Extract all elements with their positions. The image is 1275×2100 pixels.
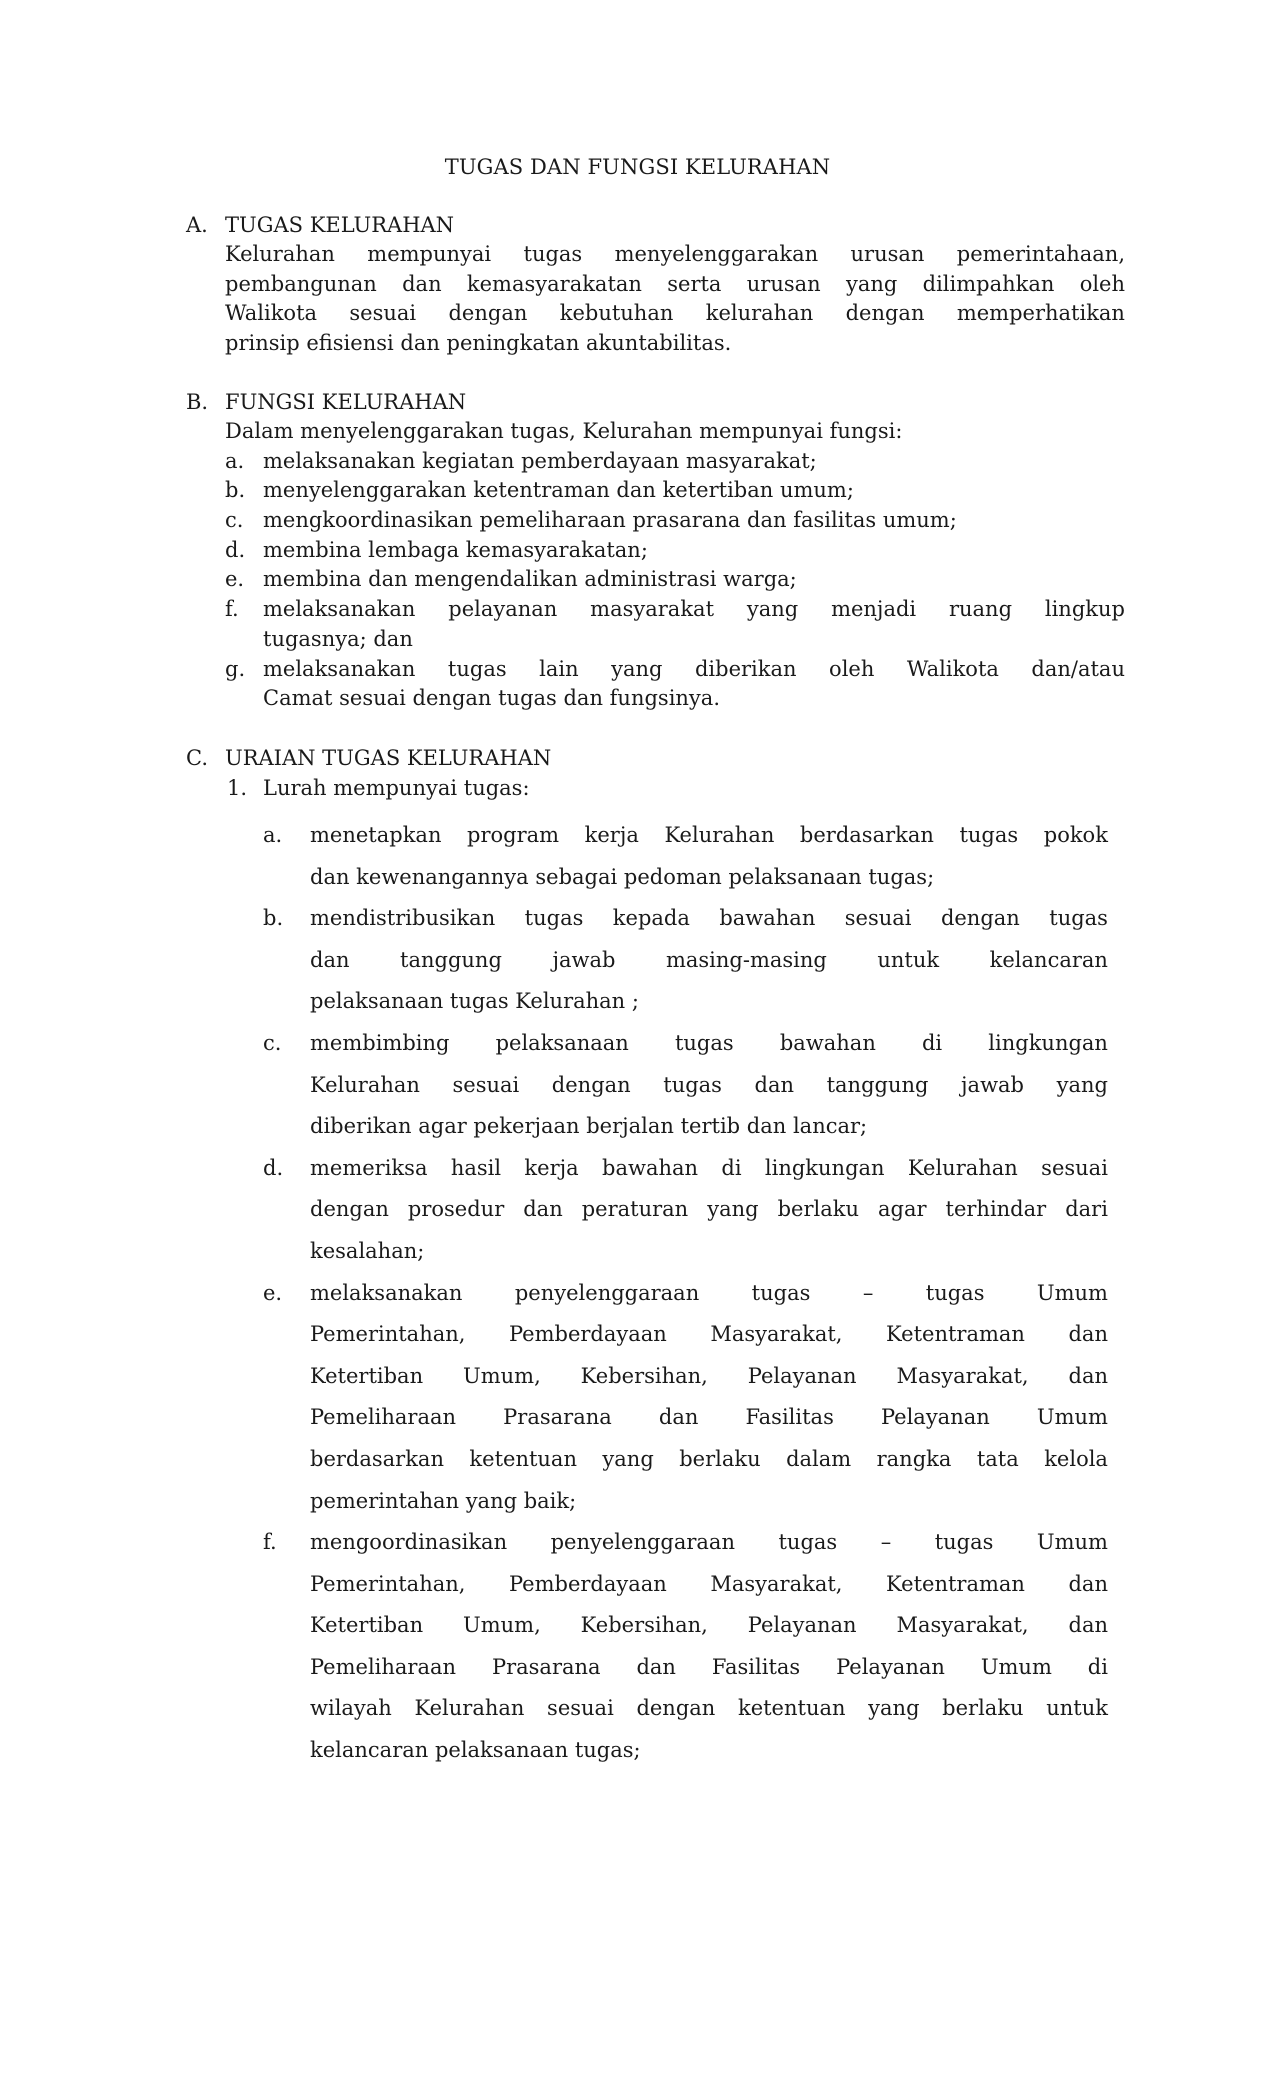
list-marker: b. <box>225 476 245 506</box>
list-item-line: membimbingpelaksanaantugasbawahandilingk… <box>310 1023 1108 1065</box>
list-item-text: mendistribusikantugaskepadabawahansesuai… <box>310 898 1108 1023</box>
list-item-text: menetapkanprogramkerjaKelurahanberdasark… <box>310 815 1108 898</box>
subsection-heading: Lurah mempunyai tugas: <box>263 773 1126 803</box>
list-item-line: mendistribusikantugaskepadabawahansesuai… <box>310 898 1108 940</box>
list-item-line: pemerintahan yang baik; <box>310 1481 1108 1523</box>
list-marker: f. <box>263 1522 277 1564</box>
list-item-text: mengoordinasikanpenyelenggaraantugas–tug… <box>310 1522 1108 1772</box>
fungsi-list-item: d.membina lembaga kemasyarakatan; <box>225 536 1125 566</box>
uraian-tugas-item: a.menetapkanprogramkerjaKelurahanberdasa… <box>263 815 1108 898</box>
list-item-line: melaksanakantugaslainyangdiberikanolehWa… <box>263 655 1125 685</box>
list-item-line: PemeliharaanPrasaranadanFasilitasPelayan… <box>310 1397 1108 1439</box>
fungsi-list-item: a.melaksanakan kegiatan pemberdayaan mas… <box>225 447 1125 477</box>
list-item-line: menyelenggarakan ketentraman dan keterti… <box>263 476 1125 506</box>
uraian-tugas-item: b.mendistribusikantugaskepadabawahansesu… <box>263 898 1108 1023</box>
list-item-line: PemeliharaanPrasaranadanFasilitasPelayan… <box>310 1647 1108 1689</box>
section-c-title: URAIAN TUGAS KELURAHAN <box>225 743 551 773</box>
list-item-text: melaksanakan kegiatan pemberdayaan masya… <box>263 447 1125 477</box>
subsection-lurah: 1. Lurah mempunyai tugas: <box>227 773 1126 803</box>
list-item-line: mengoordinasikanpenyelenggaraantugas–tug… <box>310 1522 1108 1564</box>
list-marker: g. <box>225 655 245 685</box>
list-item-text: menyelenggarakan ketentraman dan keterti… <box>263 476 1125 506</box>
list-item-text: melaksanakanpelayananmasyarakatyangmenja… <box>263 595 1125 654</box>
list-item-line: mengkoordinasikan pemeliharaan prasarana… <box>263 506 1125 536</box>
section-a-heading: A. TUGAS KELURAHAN <box>186 210 1126 240</box>
list-item-line: KetertibanUmum,Kebersihan,PelayananMasya… <box>310 1356 1108 1398</box>
list-item-line: dantanggungjawabmasing-masinguntukkelanc… <box>310 940 1108 982</box>
uraian-tugas-item: e.melaksanakanpenyelenggaraantugas–tugas… <box>263 1273 1108 1523</box>
list-item-line: pelaksanaan tugas Kelurahan ; <box>310 981 1108 1023</box>
paragraph-line: Kelurahanmempunyaitugasmenyelenggarakanu… <box>225 240 1125 270</box>
list-item-line: kelancaran pelaksanaan tugas; <box>310 1730 1108 1772</box>
list-item-line: melaksanakan kegiatan pemberdayaan masya… <box>263 447 1125 477</box>
list-item-line: Pemerintahan,PemberdayaanMasyarakat,Kete… <box>310 1564 1108 1606</box>
uraian-tugas-item: f.mengoordinasikanpenyelenggaraantugas–t… <box>263 1522 1108 1772</box>
list-marker: e. <box>263 1273 282 1315</box>
list-item-line: melaksanakanpenyelenggaraantugas–tugasUm… <box>310 1273 1108 1315</box>
subsection-marker: 1. <box>227 773 247 803</box>
list-item-text: membimbingpelaksanaantugasbawahandilingk… <box>310 1023 1108 1148</box>
section-a: A. TUGAS KELURAHAN Kelurahanmempunyaitug… <box>186 210 1126 359</box>
section-b-intro-text: Dalam menyelenggarakan tugas, Kelurahan … <box>225 417 1125 447</box>
list-item-line: denganprosedurdanperaturanyangberlakuaga… <box>310 1189 1108 1231</box>
fungsi-list-item: b.menyelenggarakan ketentraman dan keter… <box>225 476 1125 506</box>
paragraph-line: prinsip efisiensi dan peningkatan akunta… <box>225 329 1125 359</box>
list-item-line: wilayahKelurahansesuaidenganketentuanyan… <box>310 1688 1108 1730</box>
uraian-tugas-list: a.menetapkanprogramkerjaKelurahanberdasa… <box>263 815 1108 1772</box>
uraian-tugas-item: c.membimbingpelaksanaantugasbawahandilin… <box>263 1023 1108 1148</box>
section-a-marker: A. <box>186 210 208 240</box>
fungsi-list-item: c.mengkoordinasikan pemeliharaan prasara… <box>225 506 1125 536</box>
list-item-text: memeriksahasilkerjabawahandilingkunganKe… <box>310 1148 1108 1273</box>
list-marker: a. <box>263 815 282 857</box>
list-marker: e. <box>225 565 244 595</box>
list-item-line: Kelurahansesuaidengantugasdantanggungjaw… <box>310 1065 1108 1107</box>
list-item-line: membina lembaga kemasyarakatan; <box>263 536 1125 566</box>
list-item-line: membina dan mengendalikan administrasi w… <box>263 565 1125 595</box>
section-b-intro: Dalam menyelenggarakan tugas, Kelurahan … <box>225 417 1125 447</box>
list-item-text: mengkoordinasikan pemeliharaan prasarana… <box>263 506 1125 536</box>
section-c-marker: C. <box>186 743 208 773</box>
list-item-text: melaksanakantugaslainyangdiberikanolehWa… <box>263 655 1125 714</box>
section-a-title: TUGAS KELURAHAN <box>225 210 454 240</box>
uraian-tugas-item: d.memeriksahasilkerjabawahandilingkungan… <box>263 1148 1108 1273</box>
section-a-paragraph: Kelurahanmempunyaitugasmenyelenggarakanu… <box>225 240 1125 359</box>
list-item-line: melaksanakanpelayananmasyarakatyangmenja… <box>263 595 1125 625</box>
list-item-line: tugasnya; dan <box>263 625 1125 655</box>
list-item-text: membina dan mengendalikan administrasi w… <box>263 565 1125 595</box>
list-item-text: melaksanakanpenyelenggaraantugas–tugasUm… <box>310 1273 1108 1523</box>
list-marker: c. <box>263 1023 281 1065</box>
paragraph-line: pembangunandankemasyarakatansertaurusany… <box>225 270 1125 300</box>
list-item-line: diberikan agar pekerjaan berjalan tertib… <box>310 1106 1108 1148</box>
document-title: TUGAS DAN FUNGSI KELURAHAN <box>0 153 1275 181</box>
list-item-text: membina lembaga kemasyarakatan; <box>263 536 1125 566</box>
list-marker: f. <box>225 595 239 625</box>
list-item-line: KetertibanUmum,Kebersihan,PelayananMasya… <box>310 1605 1108 1647</box>
list-marker: d. <box>263 1148 283 1190</box>
section-b-heading: B. FUNGSI KELURAHAN <box>186 387 1126 417</box>
fungsi-list: a.melaksanakan kegiatan pemberdayaan mas… <box>225 447 1125 714</box>
list-item-line: berdasarkanketentuanyangberlakudalamrang… <box>310 1439 1108 1481</box>
paragraph-line: Walikotasesuaidengankebutuhankelurahande… <box>225 299 1125 329</box>
section-b-title: FUNGSI KELURAHAN <box>225 387 466 417</box>
list-item-line: menetapkanprogramkerjaKelurahanberdasark… <box>310 815 1108 857</box>
section-c: C. URAIAN TUGAS KELURAHAN 1. Lurah mempu… <box>186 743 1126 1772</box>
list-marker: b. <box>263 898 283 940</box>
list-item-line: dan kewenangannya sebagai pedoman pelaks… <box>310 857 1108 899</box>
fungsi-list-item: g.melaksanakantugaslainyangdiberikanoleh… <box>225 655 1125 714</box>
fungsi-list-item: e.membina dan mengendalikan administrasi… <box>225 565 1125 595</box>
list-marker: d. <box>225 536 245 566</box>
list-item-line: kesalahan; <box>310 1231 1108 1273</box>
section-c-heading: C. URAIAN TUGAS KELURAHAN <box>186 743 1126 773</box>
document-page: TUGAS DAN FUNGSI KELURAHAN A. TUGAS KELU… <box>0 0 1275 2100</box>
list-item-line: Pemerintahan,PemberdayaanMasyarakat,Kete… <box>310 1314 1108 1356</box>
section-b: B. FUNGSI KELURAHAN Dalam menyelenggarak… <box>186 387 1126 714</box>
list-marker: a. <box>225 447 244 477</box>
fungsi-list-item: f.melaksanakanpelayananmasyarakatyangmen… <box>225 595 1125 654</box>
list-item-line: memeriksahasilkerjabawahandilingkunganKe… <box>310 1148 1108 1190</box>
section-b-marker: B. <box>186 387 208 417</box>
list-marker: c. <box>225 506 243 536</box>
list-item-line: Camat sesuai dengan tugas dan fungsinya. <box>263 684 1125 714</box>
